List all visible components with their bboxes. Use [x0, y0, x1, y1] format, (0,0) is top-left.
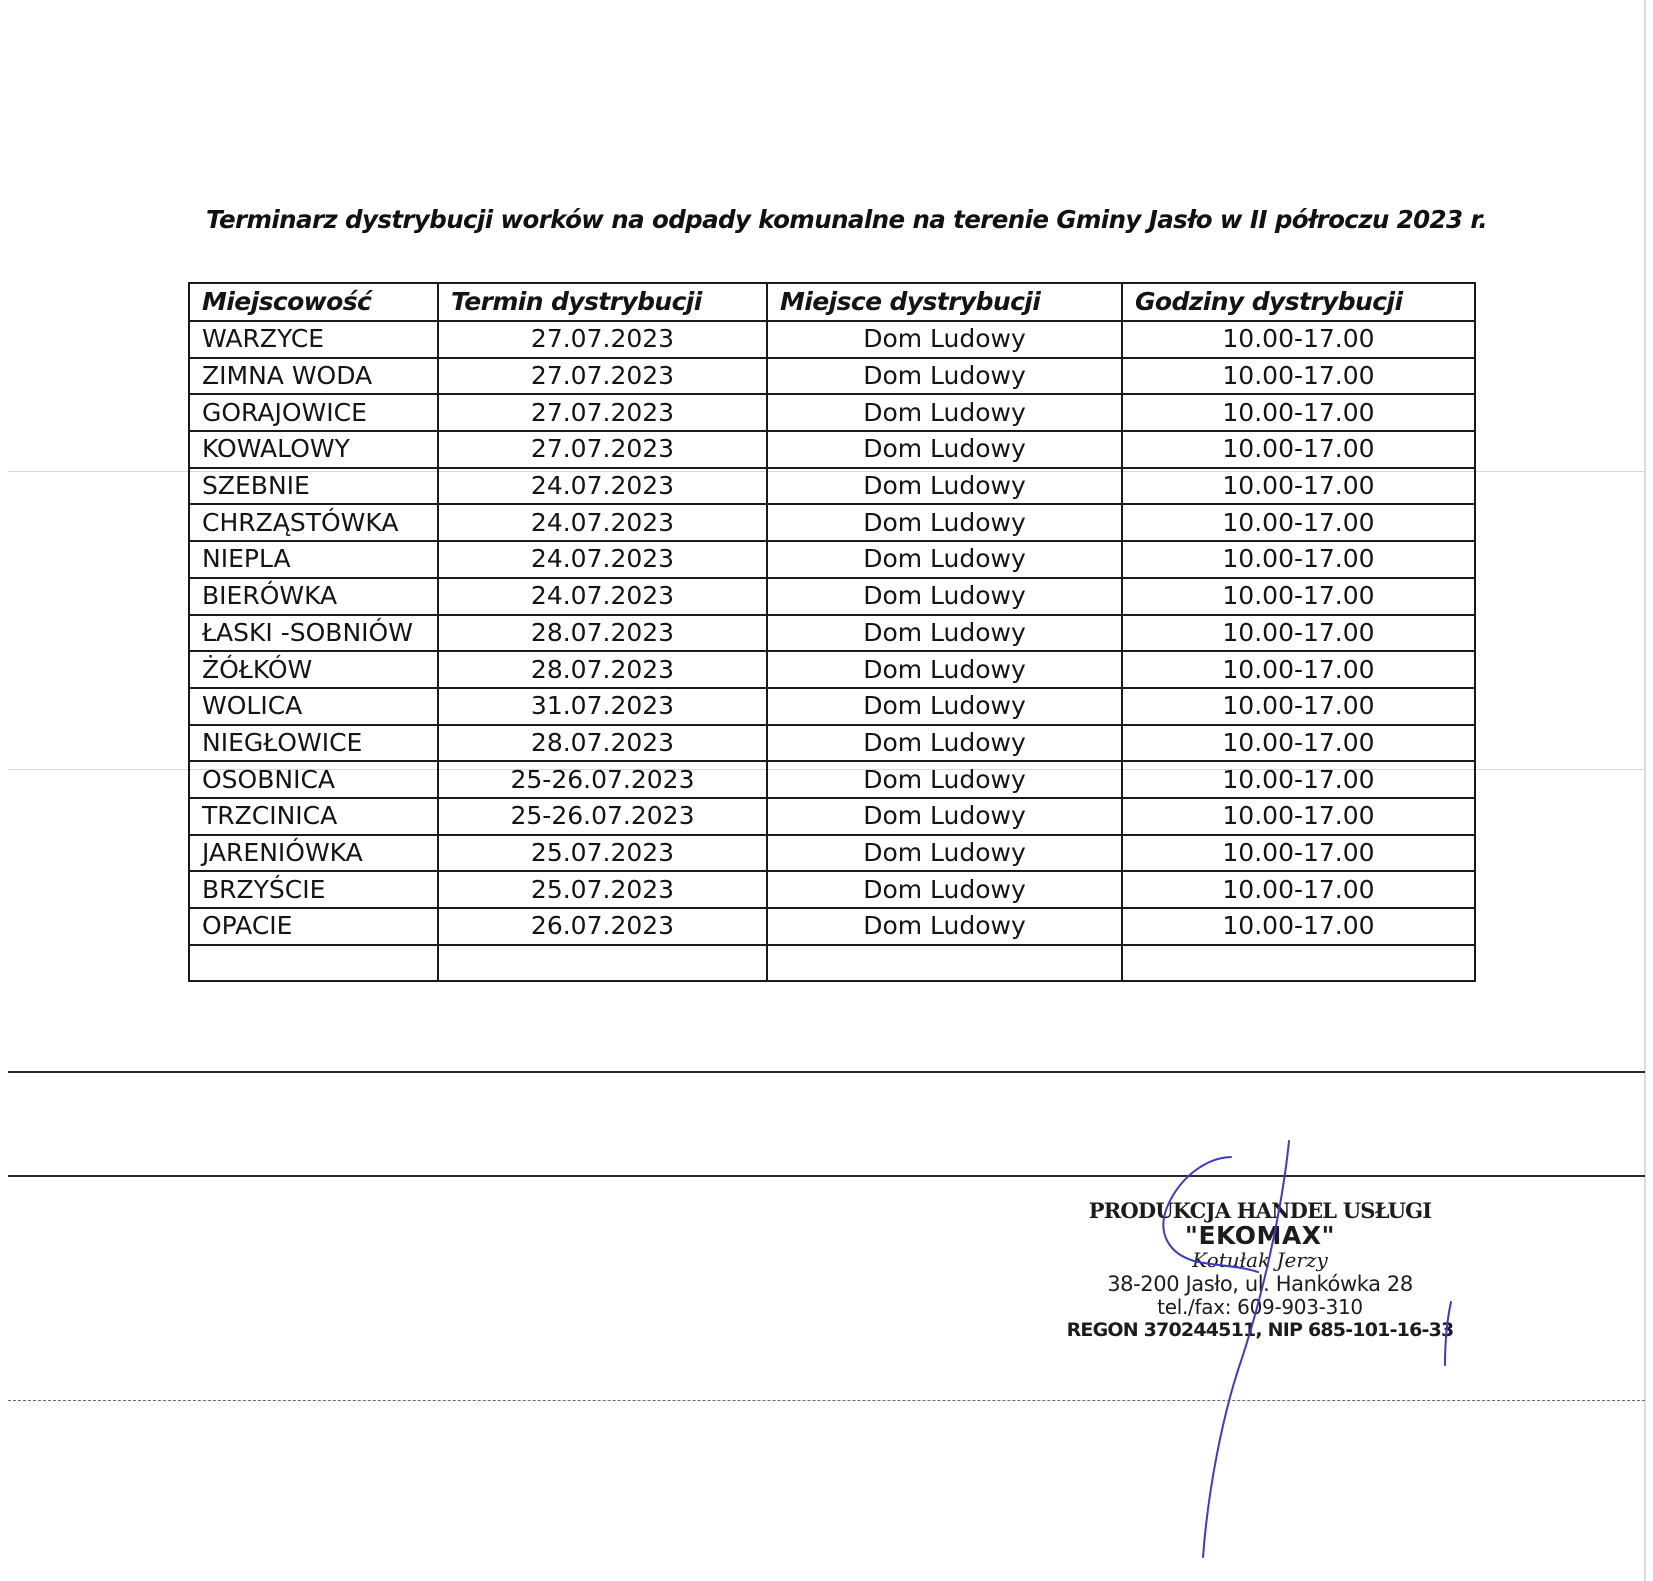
cell-date: 28.07.2023: [438, 615, 767, 652]
table-row: OSOBNICA25-26.07.2023Dom Ludowy10.00-17.…: [189, 761, 1475, 798]
cell-date: 24.07.2023: [438, 468, 767, 505]
table-row: BIERÓWKA24.07.2023Dom Ludowy10.00-17.00: [189, 578, 1475, 615]
cell-date: 24.07.2023: [438, 541, 767, 578]
cell-hours: 10.00-17.00: [1122, 468, 1475, 505]
cell-date: 28.07.2023: [438, 725, 767, 762]
cell-locality: SZEBNIE: [189, 468, 438, 505]
cell-date: 27.07.2023: [438, 358, 767, 395]
cell-place: Dom Ludowy: [767, 688, 1122, 725]
cell-place: Dom Ludowy: [767, 358, 1122, 395]
cell-place: Dom Ludowy: [767, 871, 1122, 908]
table-row: NIEGŁOWICE28.07.2023Dom Ludowy10.00-17.0…: [189, 725, 1475, 762]
table-header-row: Miejscowość Termin dystrybucji Miejsce d…: [189, 283, 1475, 321]
cell-place: Dom Ludowy: [767, 541, 1122, 578]
cell-place: Dom Ludowy: [767, 504, 1122, 541]
cell-locality: WARZYCE: [189, 321, 438, 358]
cell-place: Dom Ludowy: [767, 468, 1122, 505]
cell-place: Dom Ludowy: [767, 725, 1122, 762]
cell-date: 24.07.2023: [438, 504, 767, 541]
cell-date: 25.07.2023: [438, 871, 767, 908]
cell-locality: BRZYŚCIE: [189, 871, 438, 908]
cell-hours: [1122, 945, 1475, 982]
cell-locality: NIEPLA: [189, 541, 438, 578]
header-locality: Miejscowość: [189, 283, 438, 321]
cell-date: [438, 945, 767, 982]
table-row: TRZCINICA25-26.07.2023Dom Ludowy10.00-17…: [189, 798, 1475, 835]
header-date: Termin dystrybucji: [438, 283, 767, 321]
cell-date: 24.07.2023: [438, 578, 767, 615]
cell-date: 27.07.2023: [438, 321, 767, 358]
cell-place: Dom Ludowy: [767, 321, 1122, 358]
cell-hours: 10.00-17.00: [1122, 908, 1475, 945]
table-row: BRZYŚCIE25.07.2023Dom Ludowy10.00-17.00: [189, 871, 1475, 908]
cell-place: [767, 945, 1122, 982]
cell-hours: 10.00-17.00: [1122, 504, 1475, 541]
cell-locality: BIERÓWKA: [189, 578, 438, 615]
table-row: ŻÓŁKÓW28.07.2023Dom Ludowy10.00-17.00: [189, 651, 1475, 688]
cell-hours: 10.00-17.00: [1122, 761, 1475, 798]
cell-date: 25.07.2023: [438, 835, 767, 872]
cell-locality: JARENIÓWKA: [189, 835, 438, 872]
cell-place: Dom Ludowy: [767, 394, 1122, 431]
header-place: Miejsce dystrybucji: [767, 283, 1122, 321]
cell-date: 25-26.07.2023: [438, 761, 767, 798]
cell-locality: CHRZĄSTÓWKA: [189, 504, 438, 541]
cell-date: 27.07.2023: [438, 394, 767, 431]
cell-place: Dom Ludowy: [767, 908, 1122, 945]
cell-date: 28.07.2023: [438, 651, 767, 688]
cell-date: 25-26.07.2023: [438, 798, 767, 835]
table-row: JARENIÓWKA25.07.2023Dom Ludowy10.00-17.0…: [189, 835, 1475, 872]
cell-locality: OSOBNICA: [189, 761, 438, 798]
cell-hours: 10.00-17.00: [1122, 578, 1475, 615]
table-row: CHRZĄSTÓWKA24.07.2023Dom Ludowy10.00-17.…: [189, 504, 1475, 541]
table-row: ZIMNA WODA27.07.2023Dom Ludowy10.00-17.0…: [189, 358, 1475, 395]
company-stamp: PRODUKCJA HANDEL USŁUGI "EKOMAX" Kotułak…: [1060, 1198, 1460, 1342]
table-row: WARZYCE27.07.2023Dom Ludowy10.00-17.00: [189, 321, 1475, 358]
cell-hours: 10.00-17.00: [1122, 871, 1475, 908]
cell-date: 27.07.2023: [438, 431, 767, 468]
cell-hours: 10.00-17.00: [1122, 394, 1475, 431]
cell-date: 26.07.2023: [438, 908, 767, 945]
cell-locality: GORAJOWICE: [189, 394, 438, 431]
cell-place: Dom Ludowy: [767, 798, 1122, 835]
cell-place: Dom Ludowy: [767, 431, 1122, 468]
scan-line: [8, 1400, 1645, 1401]
cell-date: 31.07.2023: [438, 688, 767, 725]
cell-hours: 10.00-17.00: [1122, 358, 1475, 395]
cell-locality: OPACIE: [189, 908, 438, 945]
cell-place: Dom Ludowy: [767, 651, 1122, 688]
cell-locality: WOLICA: [189, 688, 438, 725]
cell-locality: TRZCINICA: [189, 798, 438, 835]
stamp-registration-ids: REGON 370244511, NIP 685-101-16-33: [1060, 1318, 1460, 1342]
table-row: OPACIE26.07.2023Dom Ludowy10.00-17.00: [189, 908, 1475, 945]
cell-place: Dom Ludowy: [767, 615, 1122, 652]
table-row: ŁASKI -SOBNIÓW28.07.2023Dom Ludowy10.00-…: [189, 615, 1475, 652]
table-row: WOLICA31.07.2023Dom Ludowy10.00-17.00: [189, 688, 1475, 725]
cell-place: Dom Ludowy: [767, 578, 1122, 615]
scan-line: [8, 1071, 1645, 1073]
document-title: Terminarz dystrybucji worków na odpady k…: [206, 205, 1446, 234]
table-row: [189, 945, 1475, 982]
table-row: SZEBNIE24.07.2023Dom Ludowy10.00-17.00: [189, 468, 1475, 505]
stamp-brand: "EKOMAX": [1060, 1224, 1460, 1248]
cell-hours: 10.00-17.00: [1122, 541, 1475, 578]
cell-hours: 10.00-17.00: [1122, 835, 1475, 872]
cell-locality: ZIMNA WODA: [189, 358, 438, 395]
table-row: NIEPLA24.07.2023Dom Ludowy10.00-17.00: [189, 541, 1475, 578]
cell-hours: 10.00-17.00: [1122, 615, 1475, 652]
cell-locality: KOWALOWY: [189, 431, 438, 468]
stamp-phone: tel./fax: 609-903-310: [1060, 1297, 1460, 1318]
cell-hours: 10.00-17.00: [1122, 321, 1475, 358]
cell-hours: 10.00-17.00: [1122, 725, 1475, 762]
cell-locality: ŻÓŁKÓW: [189, 651, 438, 688]
stamp-address: 38-200 Jasło, ul. Hankówka 28: [1060, 1272, 1460, 1297]
header-hours: Godziny dystrybucji: [1122, 283, 1475, 321]
cell-locality: ŁASKI -SOBNIÓW: [189, 615, 438, 652]
cell-hours: 10.00-17.00: [1122, 651, 1475, 688]
page-edge: [1644, 0, 1646, 1581]
cell-place: Dom Ludowy: [767, 835, 1122, 872]
cell-place: Dom Ludowy: [767, 761, 1122, 798]
stamp-owner: Kotułak Jerzy: [1060, 1248, 1460, 1272]
scan-line: [8, 1175, 1645, 1177]
table-row: GORAJOWICE27.07.2023Dom Ludowy10.00-17.0…: [189, 394, 1475, 431]
cell-hours: 10.00-17.00: [1122, 431, 1475, 468]
table-row: KOWALOWY27.07.2023Dom Ludowy10.00-17.00: [189, 431, 1475, 468]
distribution-schedule-table: Miejscowość Termin dystrybucji Miejsce d…: [188, 282, 1476, 982]
cell-locality: [189, 945, 438, 982]
cell-locality: NIEGŁOWICE: [189, 725, 438, 762]
cell-hours: 10.00-17.00: [1122, 798, 1475, 835]
cell-hours: 10.00-17.00: [1122, 688, 1475, 725]
